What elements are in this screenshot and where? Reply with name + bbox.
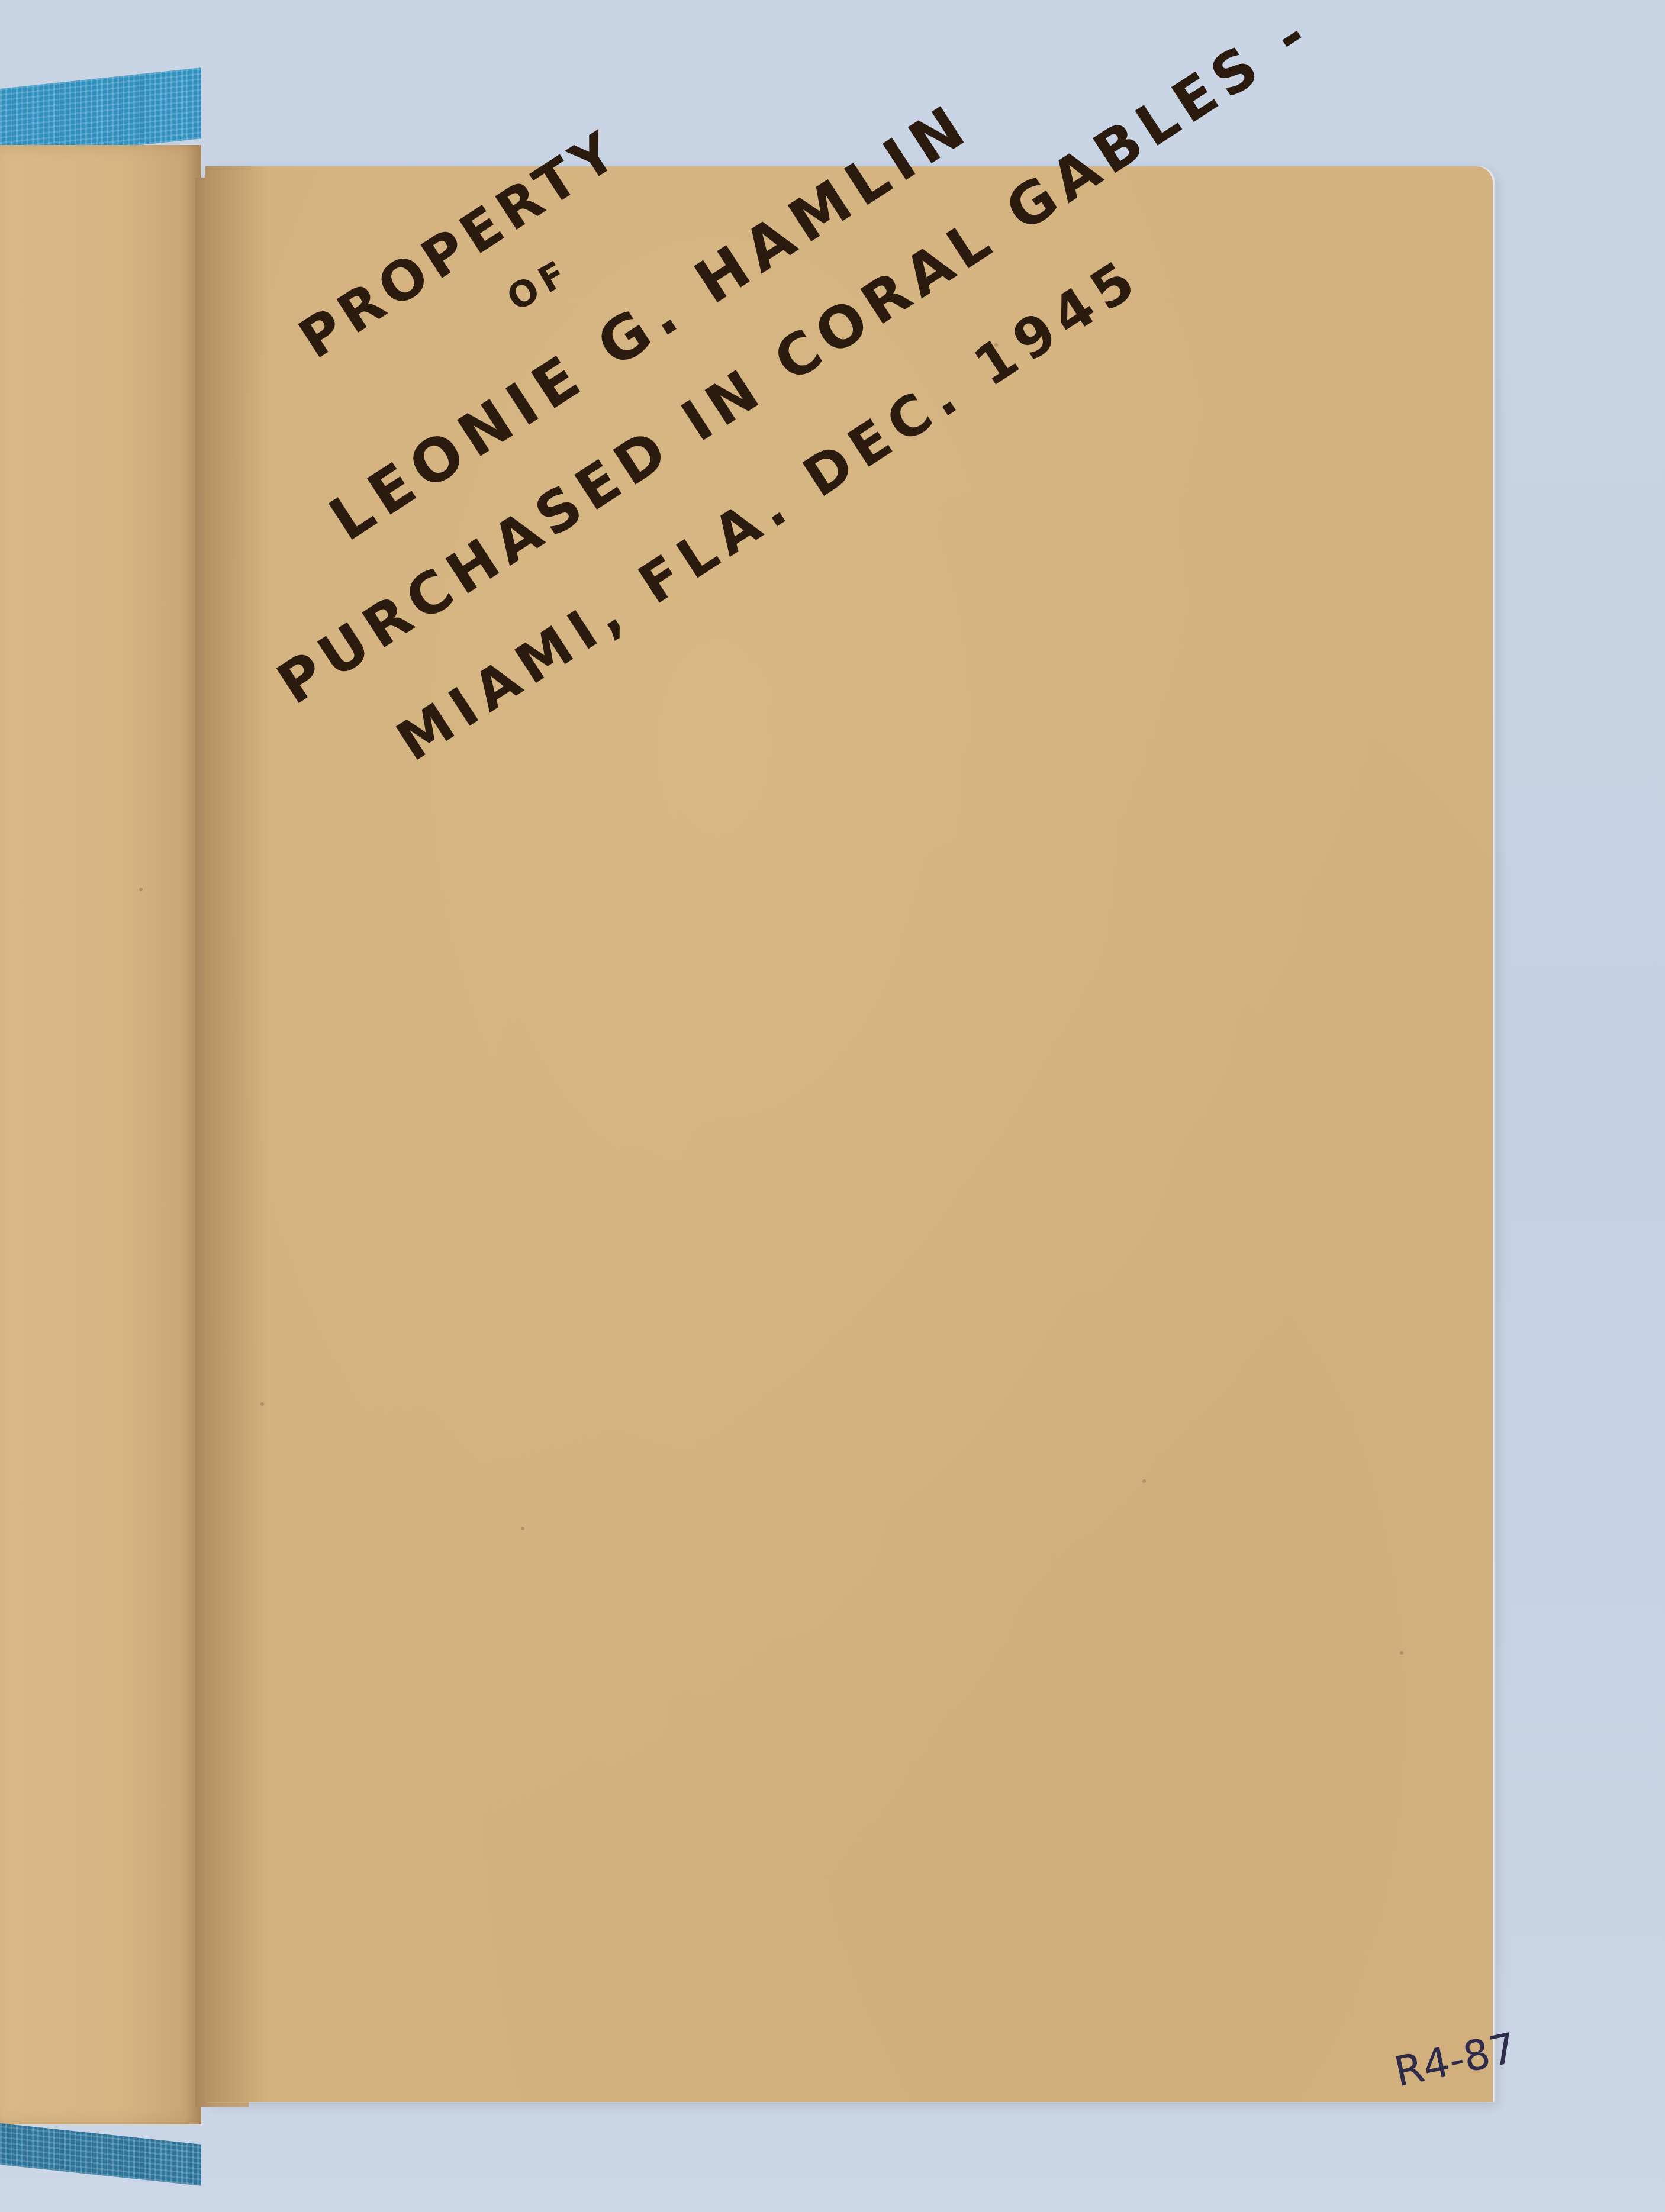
blue-cloth-binding-bottom	[0, 2123, 201, 2186]
paper-speck	[260, 1402, 264, 1406]
paper-speck	[521, 1527, 524, 1530]
paper-speck	[1400, 1651, 1403, 1655]
paper-speck	[139, 888, 143, 891]
paper-speck	[1142, 1479, 1146, 1483]
fold-shadow	[205, 166, 270, 2102]
book-photo: PROPERTY OF LEONIE G. HAMLIN PURCHASED I…	[0, 0, 1665, 2212]
left-board-pastedown	[0, 145, 201, 2124]
